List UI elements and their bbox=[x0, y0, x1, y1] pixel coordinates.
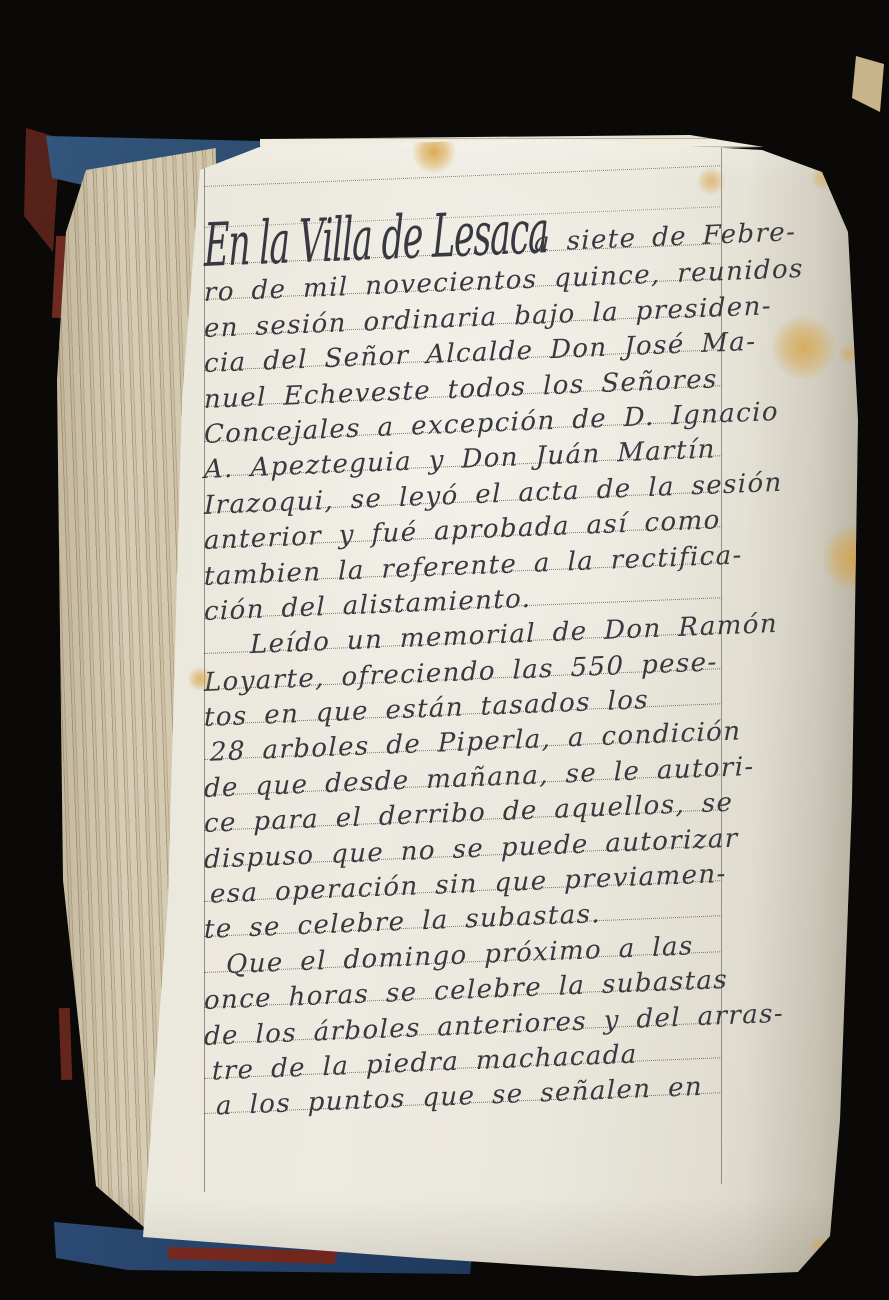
foxing-stain bbox=[799, 94, 828, 123]
photo-backdrop: En la Villa de Lesaca a siete de Febre- … bbox=[0, 0, 889, 1300]
foxing-stain bbox=[700, 58, 755, 113]
manuscript-lines: ro de mil novecientos quince, reunidosen… bbox=[204, 244, 722, 1114]
book-cover-marbling bbox=[59, 1008, 73, 1080]
handwritten-text-block: En la Villa de Lesaca a siete de Febre- … bbox=[204, 165, 722, 1114]
